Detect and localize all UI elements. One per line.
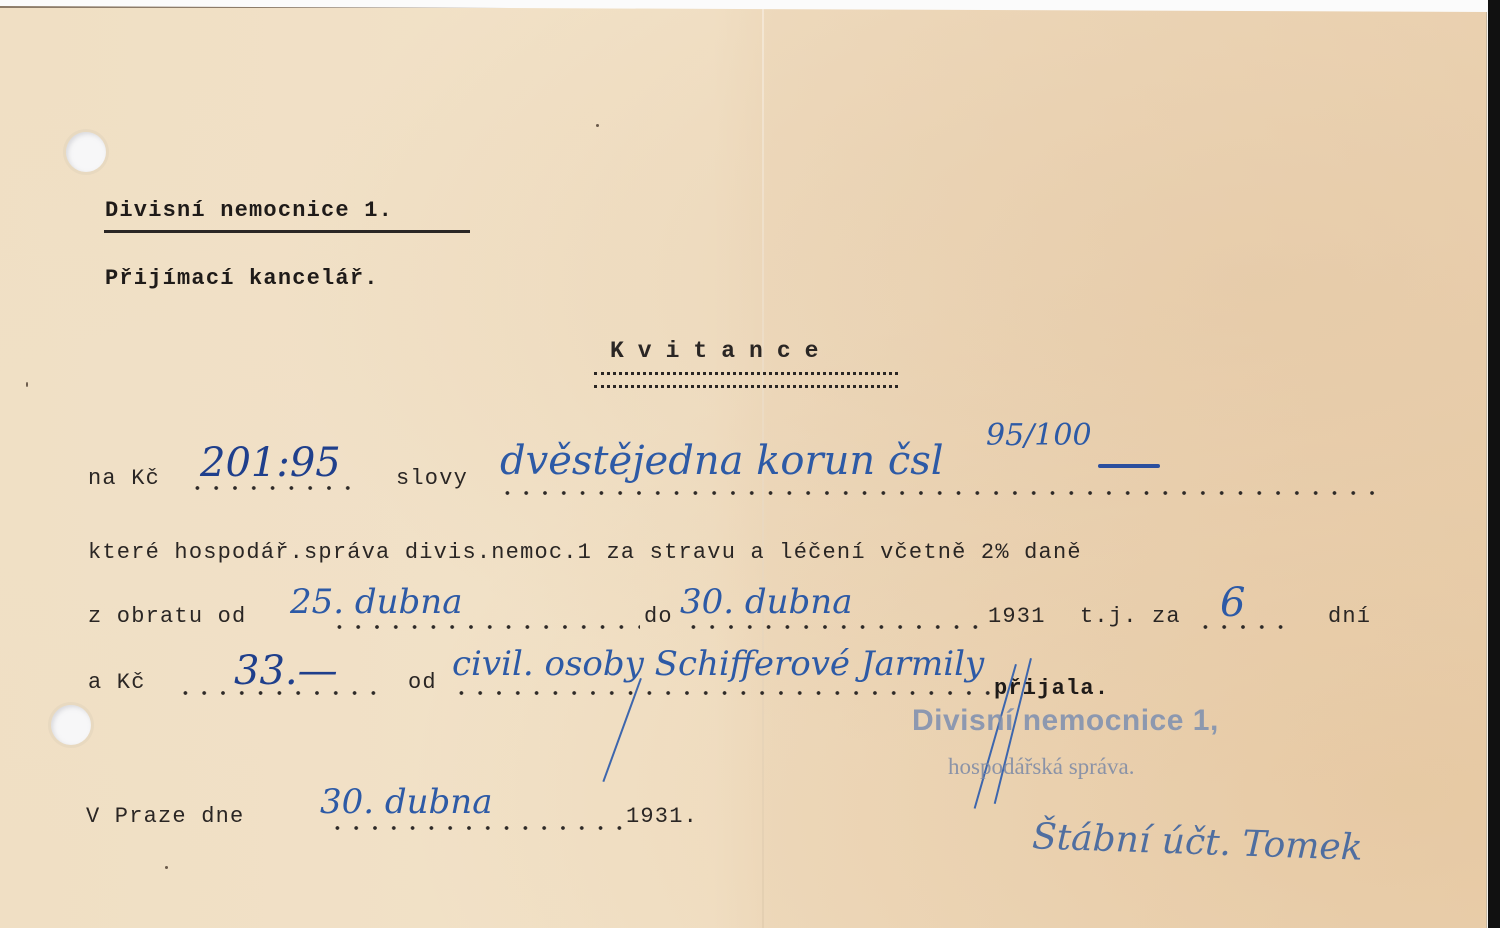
receipt-paper: Divisní nemocnice 1. Přijímací kancelář.…	[0, 6, 1487, 928]
payer-name-handwritten: civil. osoby Schifferové Jarmily	[452, 644, 984, 684]
date-year: 1931.	[626, 804, 698, 829]
payer-from-label: od	[408, 670, 437, 695]
place-date-prefix: V Praze dne	[86, 804, 244, 829]
paper-speck	[596, 124, 599, 127]
payer-name-dotted-field	[452, 691, 992, 695]
office-name: Přijímací kancelář.	[105, 266, 379, 291]
days-suffix: dní	[1328, 604, 1371, 629]
period-from-handwritten: 25. dubna	[290, 582, 462, 622]
period-year: 1931	[988, 604, 1046, 629]
amount-words-handwritten: dvěstějedna korun čsl	[500, 438, 944, 484]
period-from-dotted-field	[330, 625, 640, 629]
date-dotted-field	[328, 826, 624, 830]
institution-name: Divisní nemocnice 1.	[105, 198, 393, 223]
days-handwritten: 6	[1220, 580, 1245, 626]
amount-end-dash	[1098, 464, 1160, 468]
payer-amount-handwritten: 33.—	[234, 648, 338, 694]
paper-speck	[26, 382, 28, 387]
paper-speck	[165, 866, 168, 869]
amount-dotted-field	[188, 486, 364, 490]
words-label: slovy	[396, 466, 468, 491]
period-to-handwritten: 30. dubna	[680, 582, 852, 622]
days-label: t.j. za	[1080, 604, 1181, 629]
stamp-line-2: hospodářská správa.	[948, 754, 1135, 780]
title-double-rule	[594, 372, 898, 388]
amount-prefix: na Kč	[88, 466, 160, 491]
punch-hole-bottom	[51, 705, 91, 745]
words-dotted-field	[498, 491, 1384, 495]
institution-underline	[104, 230, 470, 233]
purpose-text: které hospodář.správa divis.nemoc.1 za s…	[88, 540, 1082, 565]
date-handwritten: 30. dubna	[320, 782, 492, 822]
punch-hole-top	[66, 132, 106, 172]
signature: Štábní účt. Tomek	[1031, 816, 1363, 869]
payer-amount-prefix: a Kč	[88, 670, 146, 695]
document-title: Kvitance	[610, 338, 832, 364]
period-to-label: do	[644, 604, 673, 629]
scan-border	[1488, 0, 1500, 928]
stamp-line-1: Divisní nemocnice 1,	[912, 704, 1219, 738]
amount-value-handwritten: 201:95	[200, 440, 341, 486]
amount-fraction-handwritten: 95/100	[986, 418, 1092, 453]
period-prefix: z obratu od	[88, 604, 246, 629]
period-to-dotted-field	[684, 625, 984, 629]
